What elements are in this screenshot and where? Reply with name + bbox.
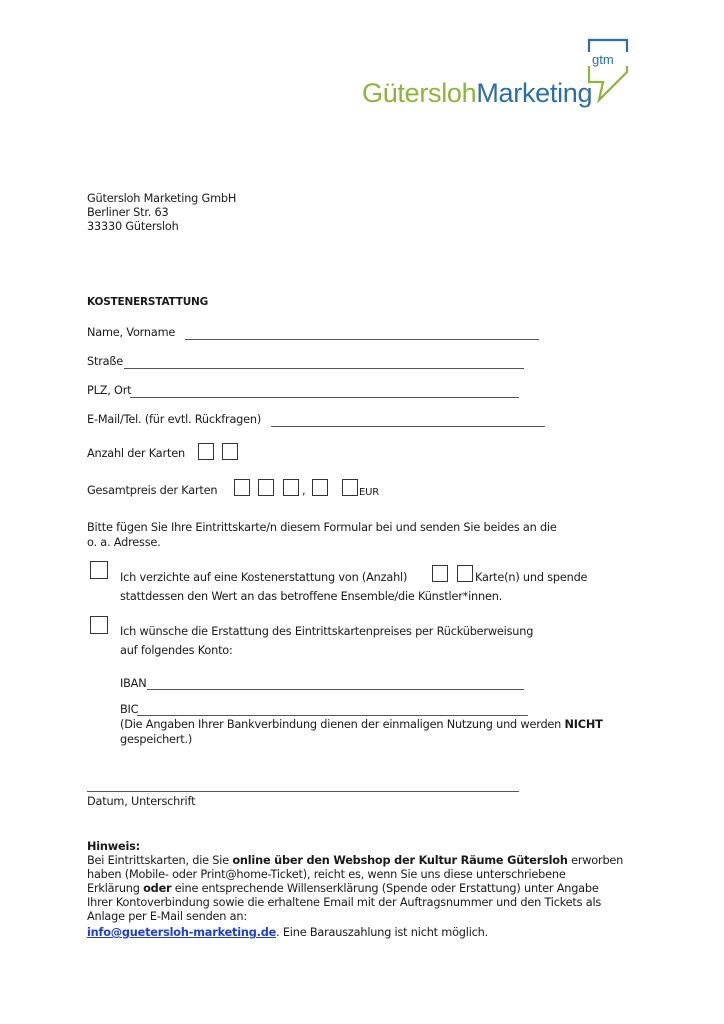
contact-label: E-Mail/Tel. (für evtl. Rückfragen) bbox=[87, 413, 261, 427]
total-price-digit-1[interactable] bbox=[234, 479, 250, 496]
note-line-2: haben (Mobile- oder Print@home-Ticket), … bbox=[87, 868, 566, 882]
instructions-line-2: o. a. Adresse. bbox=[87, 536, 161, 550]
refund-text-line-2: auf folgendes Konto: bbox=[120, 644, 233, 658]
note-heading: Hinweis: bbox=[87, 840, 140, 854]
currency-label: EUR bbox=[359, 486, 379, 500]
ticket-count-digit-1[interactable] bbox=[198, 443, 214, 460]
signature-field[interactable] bbox=[87, 791, 519, 792]
iban-label: IBAN bbox=[120, 677, 146, 691]
instructions-line-1: Bitte fügen Sie Ihre Eintrittskarte/n di… bbox=[87, 521, 557, 535]
street-label: Straße bbox=[87, 355, 123, 369]
contact-field[interactable] bbox=[271, 426, 545, 427]
privacy-note-line-2: gespeichert.) bbox=[120, 733, 192, 747]
city-field[interactable] bbox=[130, 397, 519, 398]
address-line-street: Berliner Str. 63 bbox=[87, 206, 169, 220]
bic-field[interactable] bbox=[137, 715, 528, 716]
signature-label: Datum, Unterschrift bbox=[87, 795, 195, 809]
form-title: KOSTENERSTATTUNG bbox=[87, 295, 208, 309]
refund-checkbox[interactable] bbox=[90, 616, 108, 634]
total-price-digit-3[interactable] bbox=[283, 479, 299, 496]
iban-field[interactable] bbox=[147, 689, 524, 690]
note-line-5: Anlage per E-Mail senden an: bbox=[87, 910, 247, 924]
donate-count-digit-2[interactable] bbox=[457, 565, 473, 582]
name-field[interactable] bbox=[185, 339, 539, 340]
bic-label: BIC bbox=[120, 703, 138, 717]
donate-text-before: Ich verzichte auf eine Kostenerstattung … bbox=[120, 571, 407, 585]
logo-text-marketing: Marketing bbox=[476, 78, 592, 108]
city-label: PLZ, Ort bbox=[87, 384, 131, 398]
donate-checkbox[interactable] bbox=[90, 561, 108, 579]
gtm-speech-bubble-icon bbox=[585, 38, 630, 108]
logo-text-guetersloh: Gütersloh bbox=[362, 78, 476, 108]
street-field[interactable] bbox=[124, 368, 524, 369]
ticket-count-label: Anzahl der Karten bbox=[87, 447, 185, 461]
donate-count-digit-1[interactable] bbox=[432, 565, 448, 582]
total-price-cent-2[interactable] bbox=[342, 479, 358, 496]
company-logo: GüterslohMarketing bbox=[362, 78, 592, 109]
note-line-4: Ihrer Kontoverbindung sowie die erhalten… bbox=[87, 896, 601, 910]
address-line-company: Gütersloh Marketing GmbH bbox=[87, 192, 236, 206]
donate-text-after: Karte(n) und spende bbox=[475, 571, 587, 585]
donate-text-line-2: stattdessen den Wert an das betroffene E… bbox=[120, 590, 502, 604]
total-price-cent-1[interactable] bbox=[312, 479, 328, 496]
refund-text-line-1: Ich wünsche die Erstattung des Eintritts… bbox=[120, 625, 533, 639]
address-line-city: 33330 Gütersloh bbox=[87, 220, 179, 234]
total-price-label: Gesamtpreis der Karten bbox=[87, 484, 217, 498]
name-label: Name, Vorname bbox=[87, 326, 175, 340]
note-line-1: Bei Eintrittskarten, die Sie online über… bbox=[87, 854, 623, 868]
privacy-note-line-1: (Die Angaben Ihrer Bankverbindung dienen… bbox=[120, 718, 603, 732]
decimal-separator: , bbox=[302, 484, 305, 498]
note-line-3: Erklärung oder eine entsprechende Willen… bbox=[87, 882, 599, 896]
note-line-6: info@guetersloh-marketing.de. Eine Barau… bbox=[87, 926, 488, 940]
ticket-count-digit-2[interactable] bbox=[222, 443, 238, 460]
logo-badge-gtm: gtm bbox=[592, 52, 614, 67]
total-price-digit-2[interactable] bbox=[258, 479, 274, 496]
email-link[interactable]: info@guetersloh-marketing.de bbox=[87, 926, 276, 939]
